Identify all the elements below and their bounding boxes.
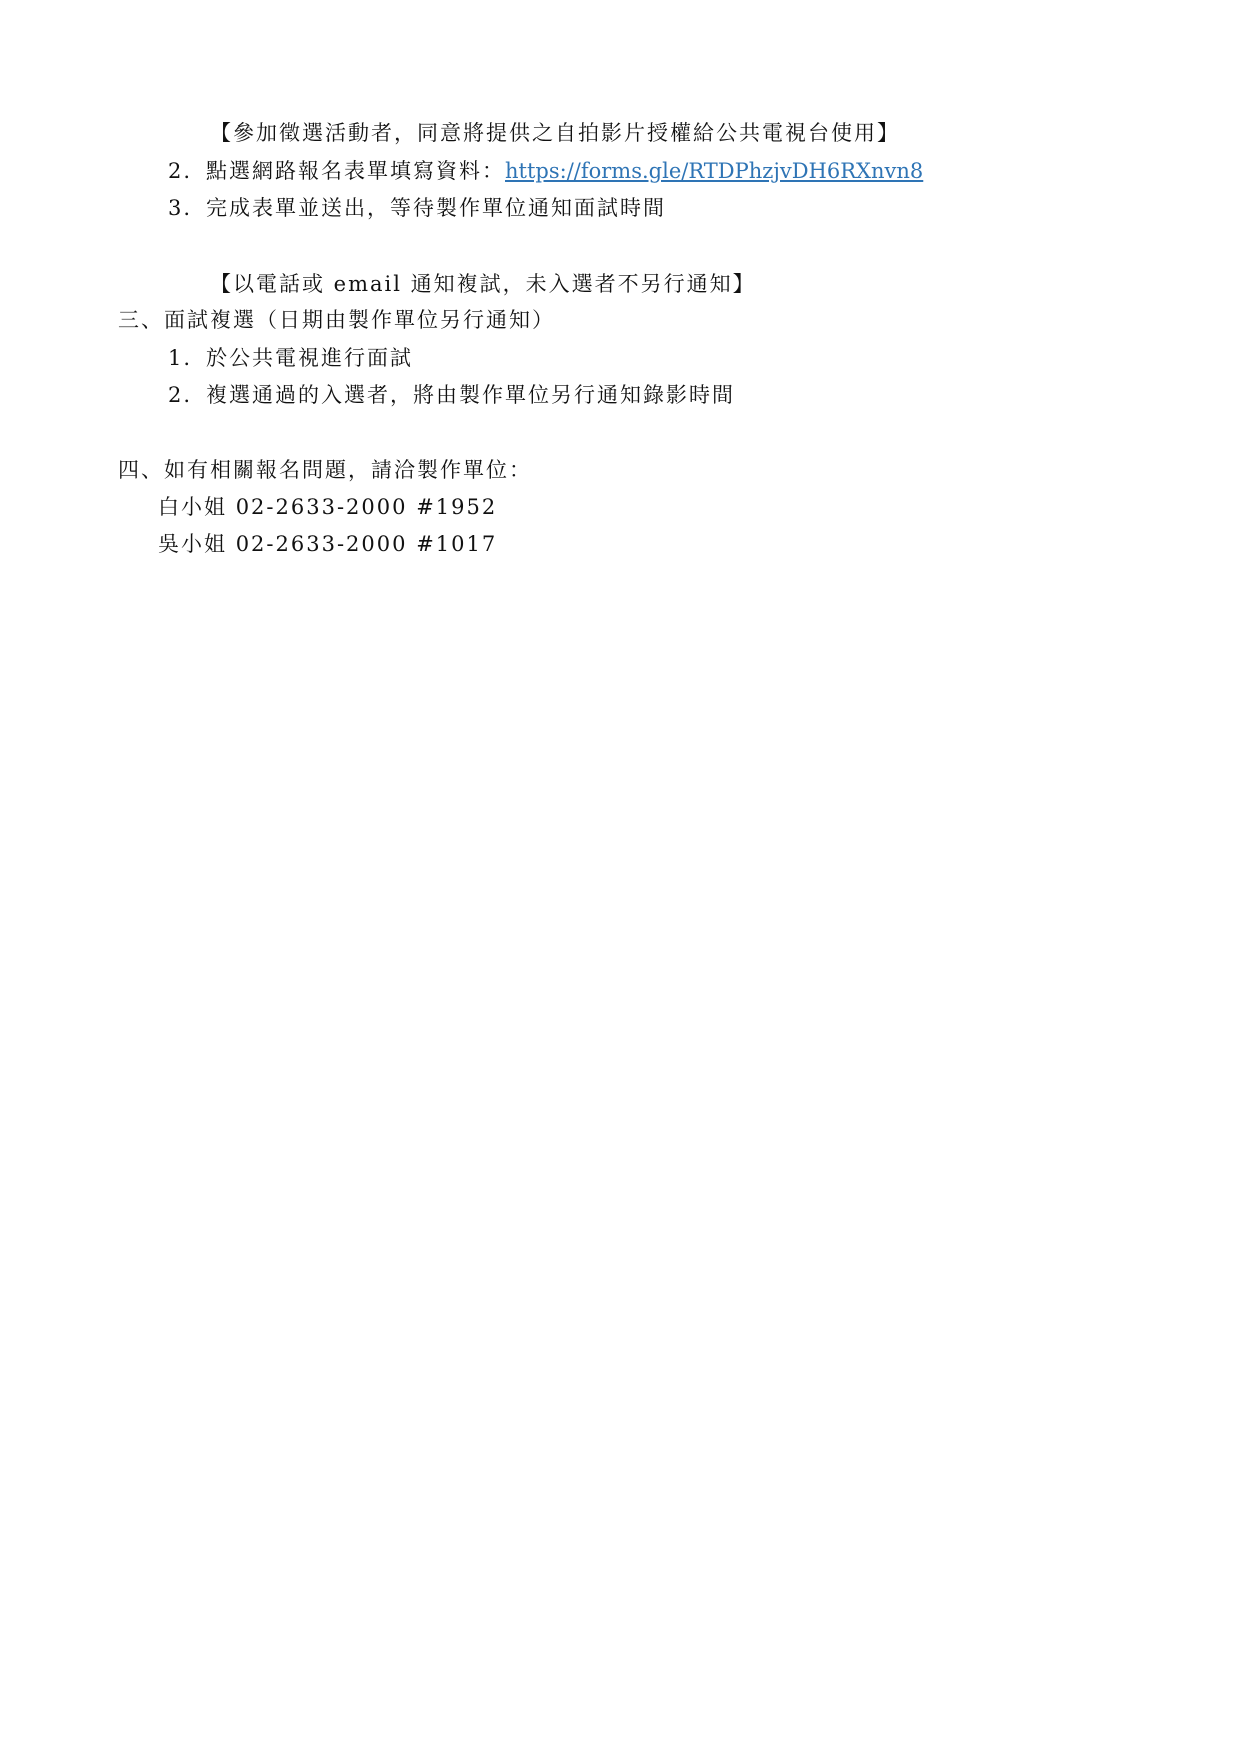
section3-heading: 三、面試複選（日期由製作單位另行通知） bbox=[118, 306, 555, 334]
consent-note: 【參加徵選活動者，同意將提供之自拍影片授權給公共電視台使用】 bbox=[210, 119, 900, 147]
contact-phone: 02-2633-2000 bbox=[236, 532, 408, 556]
list-item: 2.複選通過的入選者，將由製作單位另行通知錄影時間 bbox=[168, 381, 735, 409]
notification-notice: 【以電話或 email 通知複試，未入選者不另行通知】 bbox=[210, 270, 756, 298]
item-text: 點選網路報名表單填寫資料： bbox=[206, 159, 505, 183]
contact-name: 吳小姐 bbox=[158, 532, 227, 556]
contact-name: 白小姐 bbox=[158, 495, 227, 519]
list-item: 1.於公共電視進行面試 bbox=[168, 344, 413, 372]
contact-phone: 02-2633-2000 bbox=[236, 495, 408, 519]
contact-ext: #1017 bbox=[416, 532, 497, 556]
list-item: 2.點選網路報名表單填寫資料：https://forms.gle/RTDPhzj… bbox=[168, 157, 923, 185]
item-text: 於公共電視進行面試 bbox=[206, 346, 413, 370]
item-text: 複選通過的入選者，將由製作單位另行通知錄影時間 bbox=[206, 383, 735, 407]
registration-form-link[interactable]: https://forms.gle/RTDPhzjvDH6RXnvn8 bbox=[505, 159, 923, 183]
item-text: 完成表單並送出，等待製作單位通知面試時間 bbox=[206, 196, 666, 220]
item-number: 2. bbox=[168, 157, 206, 185]
item-number: 2. bbox=[168, 381, 206, 409]
contact-row: 白小姐 02-2633-2000 #1952 bbox=[158, 493, 497, 521]
item-number: 1. bbox=[168, 344, 206, 372]
section4-heading: 四、如有相關報名問題，請洽製作單位： bbox=[118, 456, 532, 484]
list-item: 3.完成表單並送出，等待製作單位通知面試時間 bbox=[168, 194, 666, 222]
contact-ext: #1952 bbox=[416, 495, 497, 519]
item-number: 3. bbox=[168, 194, 206, 222]
contact-row: 吳小姐 02-2633-2000 #1017 bbox=[158, 530, 497, 558]
